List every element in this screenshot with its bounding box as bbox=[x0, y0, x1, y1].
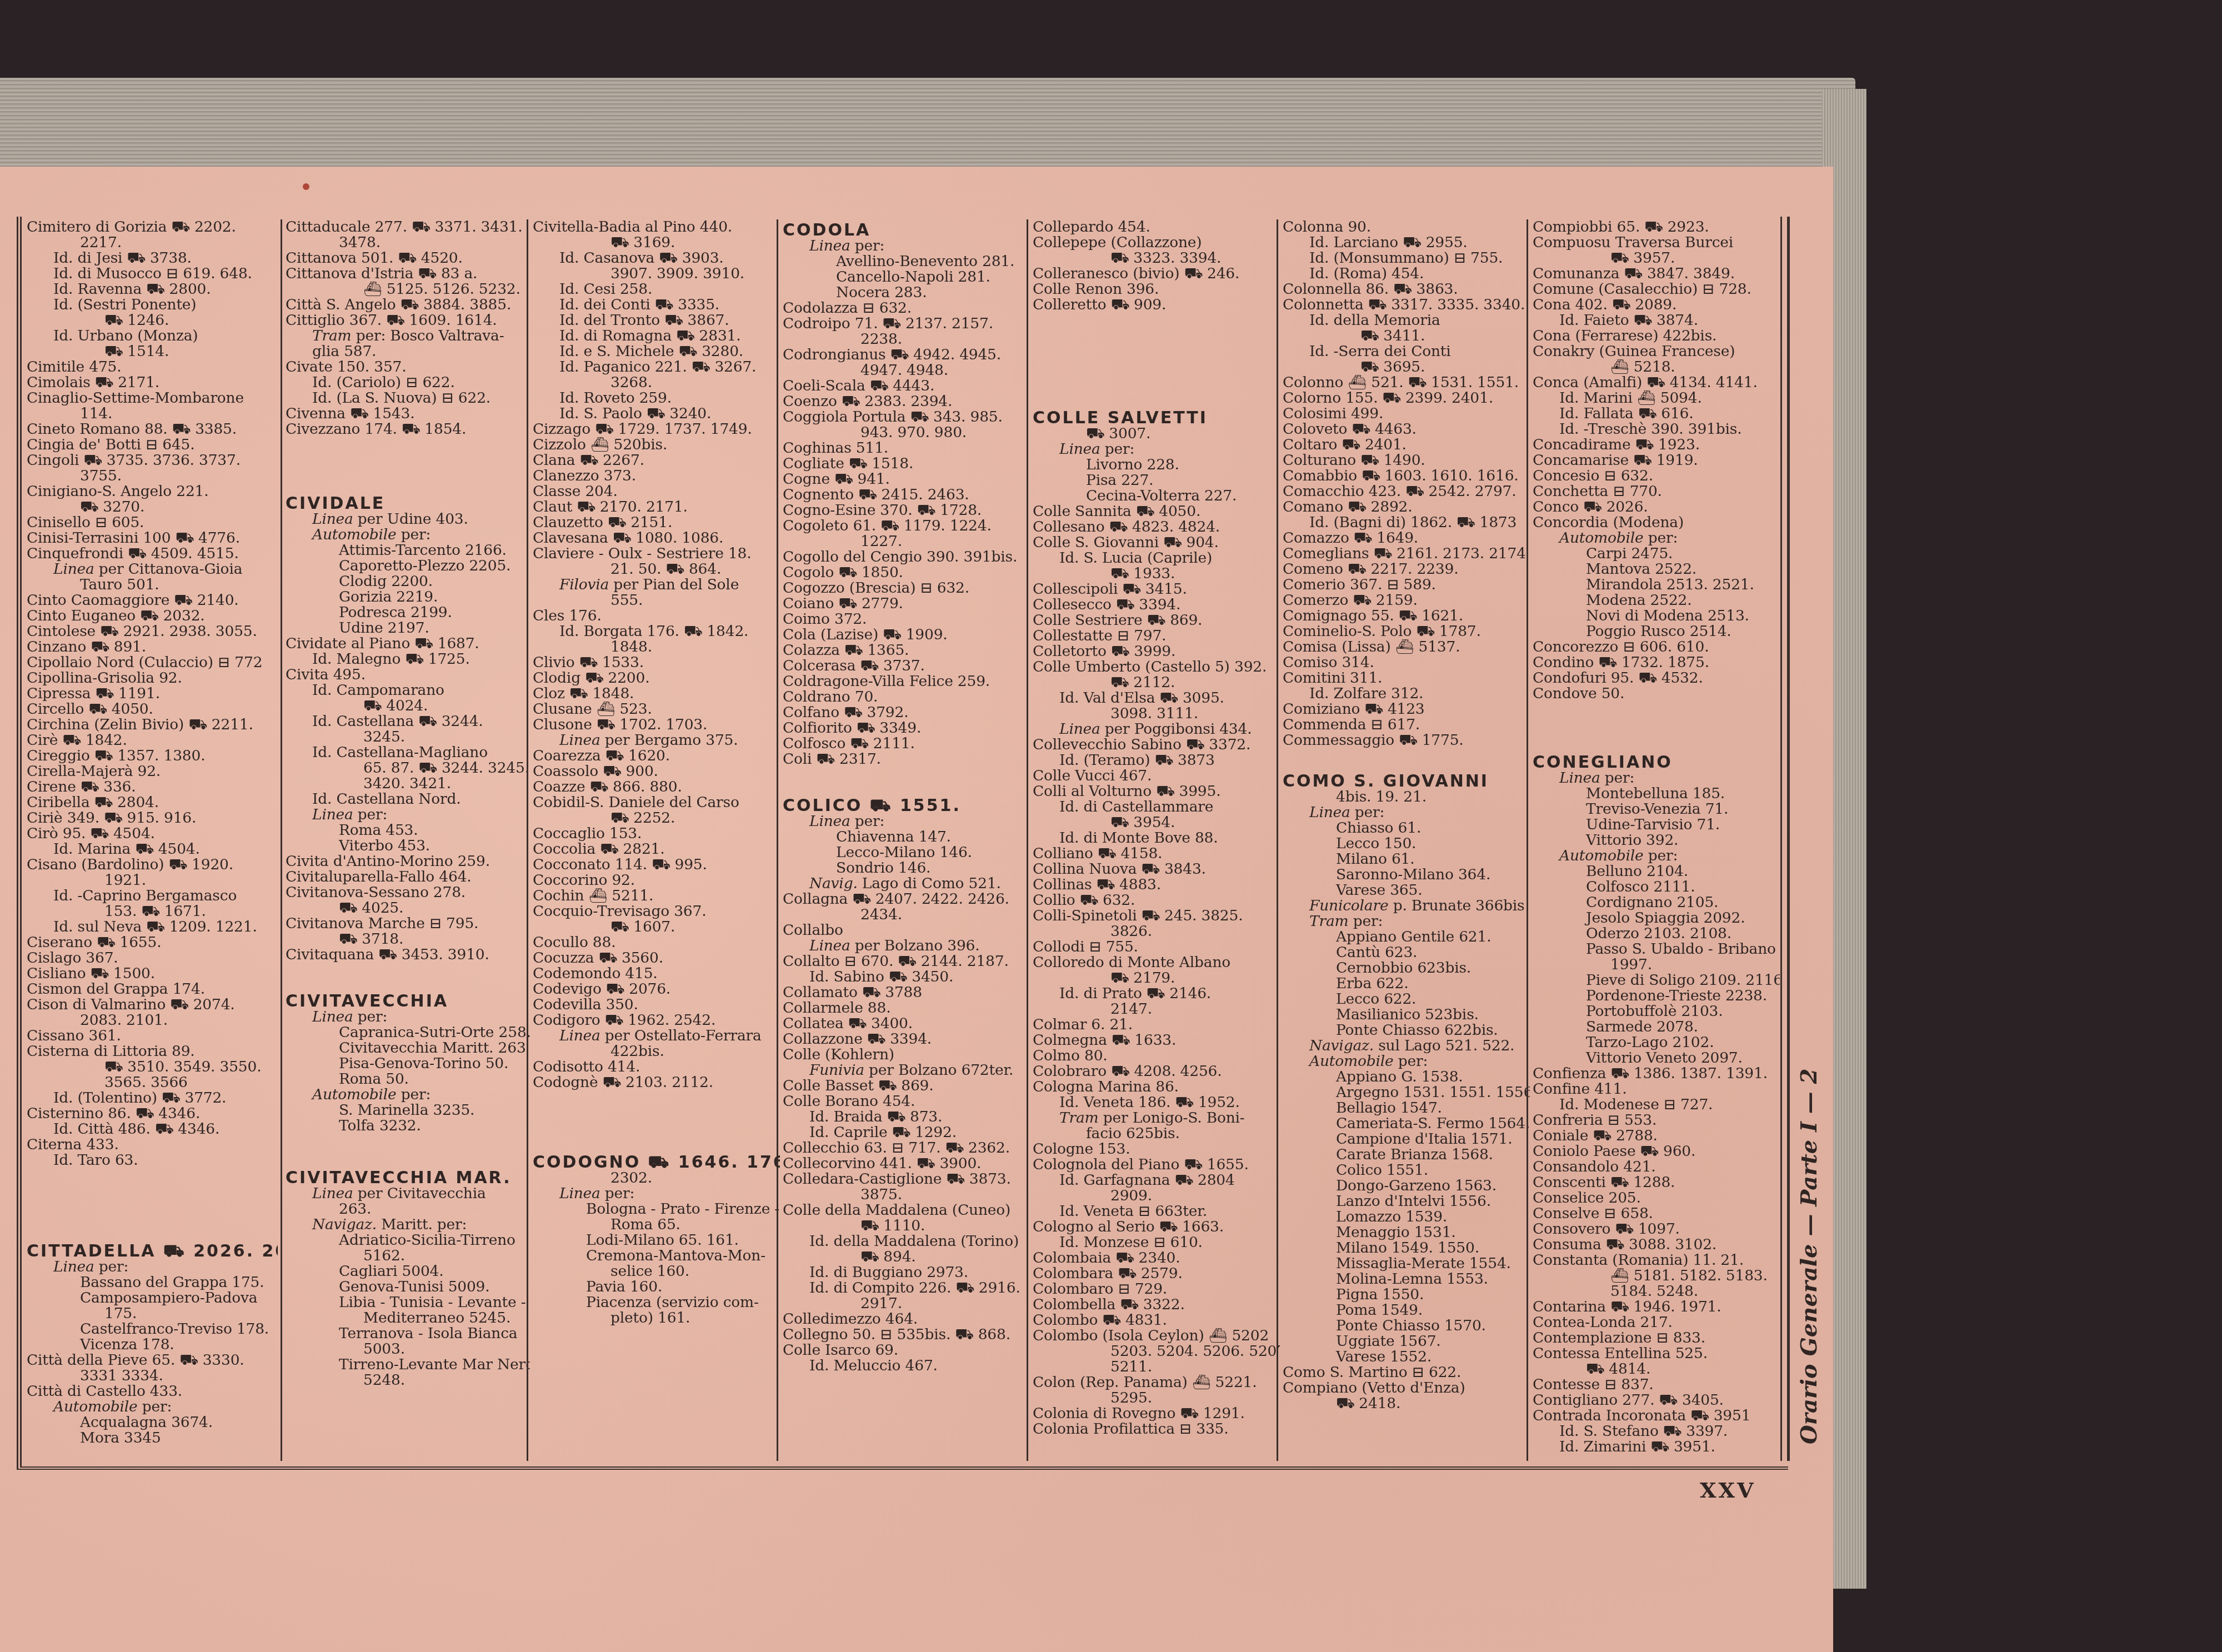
index-subentry: 4bis. 19. 21. bbox=[1283, 789, 1530, 805]
index-subentry: 5248. bbox=[286, 1373, 530, 1388]
index-entry: Comeglians ⛟ 2161. 2173. 2174 bbox=[1283, 546, 1530, 562]
index-entry: Ciriè 349. ⛟ 915. 916. bbox=[27, 810, 278, 826]
running-side-title: Orario Generale — Parte I — 2 bbox=[1791, 1044, 1825, 1444]
index-subentry: Cordignano 2105. bbox=[1533, 895, 1780, 910]
index-entry: Collescipoli ⛟ 3415. bbox=[1033, 582, 1280, 597]
index-subentry: 3755. bbox=[27, 468, 278, 484]
index-entry: Codevilla 350. bbox=[533, 997, 780, 1013]
index-subentry: Funivia per Bolzano 672ter. bbox=[783, 1063, 1030, 1078]
index-subentry: Id. della Maddalena (Torino) bbox=[783, 1234, 1030, 1249]
index-entry: Cislago 367. bbox=[27, 950, 278, 966]
index-subentry: Linea per: bbox=[1283, 805, 1530, 820]
index-entry: Colonnella 86. ⛟ 3863. bbox=[1283, 282, 1530, 297]
index-entry: Colledimezzo 464. bbox=[783, 1311, 1030, 1327]
index-entry: Ciribella ⛟ 2804. bbox=[27, 795, 278, 810]
index-entry: Coldrano 70. bbox=[783, 689, 1030, 705]
index-subentry: Linea per Ostellato-Ferrara bbox=[533, 1028, 780, 1044]
index-entry: Conselice 205. bbox=[1533, 1190, 1780, 1206]
index-entry: Collegno 50. ⊟ 535bis. ⛟ 868. bbox=[783, 1327, 1030, 1343]
index-entry: Conakry (Guinea Francese) bbox=[1533, 344, 1780, 359]
index-subentry: 943. 970. 980. bbox=[783, 425, 1030, 440]
index-subentry: ⛟ 1514. bbox=[27, 344, 278, 359]
index-subentry: Lomazzo 1539. bbox=[1283, 1209, 1530, 1225]
index-entry: Codognè ⛟ 2103. 2112. bbox=[533, 1075, 780, 1090]
index-subentry: Cecina-Volterra 227. bbox=[1033, 488, 1280, 504]
index-subentry: Colico 1551. bbox=[1283, 1163, 1530, 1178]
index-subentry: Cantù 623. bbox=[1283, 945, 1530, 960]
index-entry: Classe 204. bbox=[533, 484, 780, 499]
index-subentry: Id. Caprile ⛟ 1292. bbox=[783, 1125, 1030, 1140]
index-subentry: Civitavecchia Maritt. 263 bbox=[286, 1040, 530, 1056]
index-entry: Cirè ⛟ 1842. bbox=[27, 733, 278, 748]
index-entry: Cles 176. bbox=[533, 608, 780, 624]
index-entry: Colfosco ⛟ 2111. bbox=[783, 736, 1030, 752]
index-entry: Confreria ⊟ 553. bbox=[1533, 1113, 1780, 1128]
index-entry: Cisano (Bardolino) ⛟ 1920. bbox=[27, 857, 278, 873]
index-subentry: ⛟ 3323. 3394. bbox=[1033, 251, 1280, 266]
index-subentry: ⛴ 5181. 5182. 5183. bbox=[1533, 1268, 1780, 1284]
index-subentry: Id. (Roma) 454. bbox=[1283, 266, 1530, 282]
index-subentry: Livorno 228. bbox=[1033, 457, 1280, 473]
index-subentry: 3098. 3111. bbox=[1033, 706, 1280, 722]
index-subentry: ⛴ 5218. bbox=[1533, 359, 1780, 375]
index-entry: Colle Sannita ⛟ 4050. bbox=[1033, 504, 1280, 519]
index-subentry: Podresca 2199. bbox=[286, 605, 530, 620]
index-entry: Colle Borano 454. bbox=[783, 1094, 1030, 1109]
index-entry: Cittiglio 367. ⛟ 1609. 1614. bbox=[286, 313, 530, 328]
index-column-6: Colonna 90.Id. Larciano ⛟ 2955.Id. (Mons… bbox=[1277, 219, 1530, 1461]
station-heading: CODOGNO ⛟ 1646. 1765. bbox=[533, 1155, 780, 1170]
index-subentry: Tirreno-Levante Mar Nero bbox=[286, 1357, 530, 1373]
index-subentry: ⛟ 3169. bbox=[533, 235, 780, 251]
index-subentry: Linea per Bolzano 396. bbox=[783, 938, 1030, 954]
index-entry: Coccaglio 153. bbox=[533, 826, 780, 842]
index-subentry: Id. Veneta 186. ⛟ 1952. bbox=[1033, 1095, 1280, 1110]
index-entry: Colle (Kohlern) bbox=[783, 1047, 1030, 1063]
index-subentry: Sarmede 2078. bbox=[1533, 1019, 1780, 1035]
index-entry: Colle S. Giovanni ⛟ 904. bbox=[1033, 535, 1280, 550]
index-entry: Cineto Romano 88. ⛟ 3385. bbox=[27, 422, 278, 437]
index-entry: Colonia Profilattica ⊟ 335. bbox=[1033, 1421, 1280, 1437]
index-subentry: Bologna - Prato - Firenze - bbox=[533, 1202, 780, 1217]
index-subentry: Piacenza (servizio com- bbox=[533, 1295, 780, 1310]
index-entry: Conchetta ⊟ 770. bbox=[1533, 484, 1780, 499]
index-entry: Codroipo 71. ⛟ 2137. 2157. bbox=[783, 316, 1030, 332]
section-spacer bbox=[1283, 748, 1530, 770]
index-entry: Codrongianus ⛟ 4942. 4945. bbox=[783, 347, 1030, 363]
index-entry: Colonnetta ⛟ 3317. 3335. 3340. bbox=[1283, 297, 1530, 313]
index-entry: Colazza ⛟ 1365. bbox=[783, 643, 1030, 658]
index-subentry: Clodig 2200. bbox=[286, 574, 530, 589]
index-entry: Civitanova-Sessano 278. bbox=[286, 885, 530, 900]
index-subentry: 3875. bbox=[783, 1187, 1030, 1203]
index-subentry: Id. di Prato ⛟ 2146. bbox=[1033, 986, 1280, 1002]
index-subentry: ⛟ 2179. bbox=[1033, 970, 1280, 986]
index-subentry: Linea per: bbox=[1533, 770, 1780, 786]
index-subentry: Linea per: bbox=[286, 1009, 530, 1025]
index-subentry: Poggio Rusco 2514. bbox=[1533, 624, 1780, 639]
index-subentry: Udine-Tarvisio 71. bbox=[1533, 817, 1780, 833]
index-entry: Collevecchio Sabino ⛟ 3372. bbox=[1033, 737, 1280, 753]
index-entry: Codisotto 414. bbox=[533, 1059, 780, 1075]
index-subentry: Sondrio 146. bbox=[783, 860, 1030, 876]
section-spacer bbox=[533, 1090, 780, 1152]
index-subentry: Id. (Bagni di) 1862. ⛟ 1873 bbox=[1283, 515, 1530, 530]
index-entry: Coli ⛟ 2317. bbox=[783, 752, 1030, 767]
index-subentry: Argegno 1531. 1551. 1556. bbox=[1283, 1085, 1530, 1100]
index-subentry: Id. Modenese ⊟ 727. bbox=[1533, 1097, 1780, 1113]
index-entry: Consandolo 421. bbox=[1533, 1159, 1780, 1175]
index-entry: Compiobbi 65. ⛟ 2923. bbox=[1533, 219, 1780, 235]
index-subentry: Vicenza 178. bbox=[27, 1337, 278, 1353]
index-entry: Cisliano ⛟ 1500. bbox=[27, 966, 278, 982]
index-subentry: 2147. bbox=[1033, 1002, 1280, 1017]
index-subentry: Navigaz. sul Lago 521. 522. bbox=[1283, 1038, 1530, 1054]
index-entry: Concordia (Modena) bbox=[1533, 515, 1780, 530]
index-subentry: Id. Monzese ⊟ 610. bbox=[1033, 1235, 1280, 1250]
index-subentry: Ponte Chiasso 622bis. bbox=[1283, 1023, 1530, 1038]
index-subentry: Automobile per: bbox=[1533, 848, 1780, 864]
index-entry: Comignago 55. ⛟ 1621. bbox=[1283, 608, 1530, 624]
index-subentry: Lecco 622. bbox=[1283, 992, 1530, 1007]
index-subentry: Navigaz. Maritt. per: bbox=[286, 1217, 530, 1233]
index-entry: Comabbio ⛟ 1603. 1610. 1616. bbox=[1283, 468, 1530, 484]
index-subentry: Id. di Buggiano 2973. bbox=[783, 1265, 1030, 1280]
index-subentry: Pisa-Genova-Torino 50. bbox=[286, 1056, 530, 1072]
index-subentry: Id. -Caprino Bergamasco bbox=[27, 888, 278, 904]
index-entry: Cingia de' Botti ⊟ 645. bbox=[27, 437, 278, 453]
index-subentry: Roma 50. bbox=[286, 1072, 530, 1087]
index-subentry: ⛟ 1110. bbox=[783, 1218, 1030, 1234]
index-subentry: 3826. bbox=[1033, 924, 1280, 939]
index-subentry: Id. della Memoria bbox=[1283, 313, 1530, 328]
index-subentry: Linea per: bbox=[533, 1186, 780, 1202]
index-entry: Coimo 372. bbox=[783, 612, 1030, 627]
index-entry: Colmo 80. bbox=[1033, 1048, 1280, 1064]
index-entry: Confine 411. bbox=[1533, 1082, 1780, 1097]
index-entry: Coccorino 92. bbox=[533, 873, 780, 888]
index-subentry: Lecco-Milano 146. bbox=[783, 845, 1030, 860]
index-entry: Colombaro ⊟ 729. bbox=[1033, 1281, 1280, 1297]
index-subentry: Id. Campomarano bbox=[286, 683, 530, 698]
index-subentry: Pieve di Soligo 2109. 2116. bbox=[1533, 973, 1780, 988]
index-subentry: Belluno 2104. bbox=[1533, 864, 1780, 879]
index-subentry: Id. di Compito 226. ⛟ 2916. bbox=[783, 1280, 1030, 1296]
index-subentry: Linea per Bergamo 375. bbox=[533, 733, 780, 748]
index-entry: Clusone ⛟ 1702. 1703. bbox=[533, 717, 780, 733]
index-entry: Collagna ⛟ 2407. 2422. 2426. bbox=[783, 892, 1030, 907]
index-subentry: Id. Sabino ⛟ 3450. bbox=[783, 969, 1030, 985]
index-entry: Cintolese ⛟ 2921. 2938. 3055. bbox=[27, 624, 278, 639]
index-entry: Cogne ⛟ 941. bbox=[783, 472, 1030, 487]
index-subentry: Id. (Monsummano) ⊟ 755. bbox=[1283, 251, 1530, 266]
index-subentry: Id. Borgata 176. ⛟ 1842. bbox=[533, 624, 780, 639]
section-spacer bbox=[286, 437, 530, 493]
index-subentry: Saronno-Milano 364. bbox=[1283, 867, 1530, 883]
index-entry: Clusane ⛴ 523. bbox=[533, 702, 780, 717]
index-subentry: 1997. bbox=[1533, 957, 1780, 973]
index-subentry: Mirandola 2513. 2521. bbox=[1533, 577, 1780, 593]
index-subentry: Navig. Lago di Como 521. bbox=[783, 876, 1030, 892]
index-subentry: ⛟ 3007. bbox=[1033, 426, 1280, 442]
index-subentry: Linea per Cittanova-Gioia bbox=[27, 562, 278, 577]
index-entry: Cominelio-S. Polo ⛟ 1787. bbox=[1283, 624, 1530, 639]
index-entry: Clauzetto ⛟ 2151. bbox=[533, 515, 780, 530]
index-entry: Collalbo bbox=[783, 923, 1030, 938]
index-subentry: Id. di Musocco ⊟ 619. 648. bbox=[27, 266, 278, 282]
index-entry: Compuosu Traversa Burcei bbox=[1533, 235, 1780, 251]
index-subentry: Chiasso 61. bbox=[1283, 820, 1530, 836]
index-entry: Comacchio 423. ⛟ 2542. 2797. bbox=[1283, 484, 1530, 499]
index-subentry: 5295. bbox=[1033, 1390, 1280, 1406]
index-entry: Colon (Rep. Panama) ⛴ 5221. bbox=[1033, 1375, 1280, 1390]
index-entry: Cizzago ⛟ 1729. 1737. 1749. bbox=[533, 422, 780, 437]
index-entry: Cogoleto 61. ⛟ 1179. 1224. bbox=[783, 518, 1030, 534]
index-entry: Collestatte ⊟ 797. bbox=[1033, 628, 1280, 644]
index-subentry: Avellino-Benevento 281. bbox=[783, 254, 1030, 269]
index-entry: Colorno 155. ⛟ 2399. 2401. bbox=[1283, 391, 1530, 406]
index-entry: Cimitero di Gorizia ⛟ 2202. bbox=[27, 219, 278, 235]
index-entry: Concamarise ⛟ 1919. bbox=[1533, 453, 1780, 468]
index-entry: Colturano ⛟ 1490. bbox=[1283, 453, 1530, 468]
index-entry: Claut ⛟ 2170. 2171. bbox=[533, 499, 780, 515]
index-subentry: Lodi-Milano 65. 161. bbox=[533, 1233, 780, 1248]
index-entry: Colfano ⛟ 3792. bbox=[783, 705, 1030, 720]
index-entry: Civate 150. 357. bbox=[286, 359, 530, 375]
index-subentry: pleto) 161. bbox=[533, 1310, 780, 1326]
index-subentry: Cremona-Mantova-Mon- bbox=[533, 1248, 780, 1264]
index-subentry: Id. Roveto 259. bbox=[533, 391, 780, 406]
index-subentry: Acqualagna 3674. bbox=[27, 1415, 278, 1430]
index-entry: Compiano (Vetto d'Enza) bbox=[1283, 1380, 1530, 1396]
index-subentry: Tauro 501. bbox=[27, 577, 278, 593]
index-subentry: Capranica-Sutri-Orte 258. bbox=[286, 1025, 530, 1040]
index-entry: Cittanova 501. ⛟ 4520. bbox=[286, 251, 530, 266]
index-subentry: Id. Città 486. ⛟ 4346. bbox=[27, 1122, 278, 1137]
index-column-5: Collepardo 454.Collepepe (Collazzone)⛟ 3… bbox=[1027, 219, 1280, 1461]
index-entry: Claviere - Oulx - Sestriere 18. bbox=[533, 546, 780, 562]
index-entry: Commenda ⊟ 617. bbox=[1283, 717, 1530, 733]
index-subentry: Oderzo 2103. 2108. bbox=[1533, 926, 1780, 942]
index-subentry: Funicolare p. Brunate 366bis bbox=[1283, 898, 1530, 914]
index-entry: Cirò 95. ⛟ 4504. bbox=[27, 826, 278, 842]
index-entry: Coassolo ⛟ 900. bbox=[533, 764, 780, 779]
index-entry: Cirene ⛟ 336. bbox=[27, 779, 278, 795]
index-entry: Colombo ⛟ 4831. bbox=[1033, 1313, 1280, 1328]
index-subentry: Id. (La S. Nuova) ⊟ 622. bbox=[286, 391, 530, 406]
index-subentry: Id. di Romagna ⛟ 2831. bbox=[533, 328, 780, 344]
index-subentry: 1921. bbox=[27, 873, 278, 888]
index-entry: Colmar 6. 21. bbox=[1033, 1017, 1280, 1033]
index-entry: Coiano ⛟ 2779. bbox=[783, 596, 1030, 612]
index-subentry: Id. di Jesi ⛟ 3738. bbox=[27, 251, 278, 266]
index-subentry: 1227. bbox=[783, 534, 1030, 549]
section-spacer bbox=[286, 963, 530, 990]
index-entry: Cisternino 86. ⛟ 4346. bbox=[27, 1106, 278, 1122]
index-subentry: Id. -Serra dei Conti bbox=[1283, 344, 1530, 359]
index-subentry: Modena 2522. bbox=[1533, 593, 1780, 608]
index-entry: Concadirame ⛟ 1923. bbox=[1533, 437, 1780, 453]
ink-spot bbox=[303, 183, 309, 190]
index-entry: Civita d'Antino-Morino 259. bbox=[286, 854, 530, 869]
index-entry: Concesio ⊟ 632. bbox=[1533, 468, 1780, 484]
index-subentry: 114. bbox=[27, 406, 278, 422]
index-entry: Cochin ⛴ 5211. bbox=[533, 888, 780, 904]
index-subentry: Terranova - Isola Bianca bbox=[286, 1326, 530, 1341]
index-entry: Conselve ⊟ 658. bbox=[1533, 1206, 1780, 1222]
index-entry: Città di Castello 433. bbox=[27, 1384, 278, 1399]
index-subentry: Id. Malegno ⛟ 1725. bbox=[286, 652, 530, 667]
index-entry: Colle della Maddalena (Cuneo) bbox=[783, 1203, 1030, 1218]
index-subentry: 1848. bbox=[533, 639, 780, 655]
index-subentry: Chiavenna 147. bbox=[783, 829, 1030, 845]
index-entry: Colledara-Castiglione ⛟ 3873. bbox=[783, 1172, 1030, 1187]
index-subentry: 2909. bbox=[1033, 1188, 1280, 1204]
index-subentry: Adriatico-Sicilia-Tirreno bbox=[286, 1233, 530, 1248]
index-entry: Comerzo ⛟ 2159. bbox=[1283, 593, 1530, 608]
index-entry: Colle Isarco 69. bbox=[783, 1343, 1030, 1358]
index-entry: Cobidil-S. Daniele del Carso bbox=[533, 795, 780, 810]
index-subentry: 2917. bbox=[783, 1296, 1030, 1311]
index-entry: Codolazza ⊟ 632. bbox=[783, 301, 1030, 316]
index-subentry: 3478. bbox=[286, 235, 530, 251]
index-subentry: Id. Zimarini ⛟ 3951. bbox=[1533, 1439, 1780, 1455]
index-entry: Cissano 361. bbox=[27, 1028, 278, 1044]
index-subentry: Novi di Modena 2513. bbox=[1533, 608, 1780, 624]
index-subentry: Id. (Teramo) ⛟ 3873 bbox=[1033, 753, 1280, 768]
index-subentry: Tarzo-Lago 2102. bbox=[1533, 1035, 1780, 1050]
index-subentry: Mediterraneo 5245. bbox=[286, 1310, 530, 1326]
index-subentry: 555. bbox=[533, 593, 780, 608]
index-subentry: 4947. 4948. bbox=[783, 363, 1030, 378]
index-entry: Coniolo Paese ⛟ 960. bbox=[1533, 1144, 1780, 1159]
index-subentry: 153. ⛟ 1671. bbox=[27, 904, 278, 919]
index-entry: Contea-Londa 217. bbox=[1533, 1315, 1780, 1330]
index-subentry: Id. Veneta ⊟ 663ter. bbox=[1033, 1204, 1280, 1219]
index-entry: Civitanova Marche ⊟ 795. bbox=[286, 916, 530, 932]
index-subentry: Nocera 283. bbox=[783, 285, 1030, 301]
index-entry: Colle Umberto (Castello 5) 392. bbox=[1033, 659, 1280, 675]
index-entry: Comiso 314. bbox=[1283, 655, 1530, 670]
index-entry: Comune (Casalecchio) ⊟ 728. bbox=[1533, 282, 1780, 297]
index-subentry: Id. Zolfare 312. bbox=[1283, 686, 1530, 702]
station-heading: CONEGLIANO bbox=[1533, 755, 1780, 770]
index-entry: Cismon del Grappa 174. bbox=[27, 982, 278, 997]
index-subentry: Id. Paganico 221. ⛟ 3267. bbox=[533, 359, 780, 375]
index-entry: Collecorvino 441. ⛟ 3900. bbox=[783, 1156, 1030, 1172]
index-entry: Colmegna ⛟ 1633. bbox=[1033, 1033, 1280, 1048]
index-entry: Contesse ⊟ 837. bbox=[1533, 1377, 1780, 1393]
index-subentry: ⛟ 3411. bbox=[1283, 328, 1530, 344]
index-entry: Cona (Ferrarese) 422bis. bbox=[1533, 328, 1780, 344]
index-subentry: Id. Faieto ⛟ 3874. bbox=[1533, 313, 1780, 328]
index-subentry: Lanzo d'Intelvi 1556. bbox=[1283, 1194, 1530, 1209]
index-subentry: Cameriata-S. Fermo 1564. bbox=[1283, 1116, 1530, 1132]
index-entry: Civitaquana ⛟ 3453. 3910. bbox=[286, 947, 530, 963]
index-column-4: CODOLALinea per:Avellino-Benevento 281.C… bbox=[777, 219, 1030, 1461]
index-entry: Coltaro ⛟ 2401. bbox=[1283, 437, 1530, 453]
index-entry: Colonia di Rovegno ⛟ 1291. bbox=[1033, 1406, 1280, 1421]
index-subentry: Udine 2197. bbox=[286, 620, 530, 636]
index-entry: Collamato ⛟ 3788 bbox=[783, 985, 1030, 1000]
page-frame-right bbox=[1780, 217, 1790, 1461]
index-subentry: 3907. 3909. 3910. bbox=[533, 266, 780, 282]
index-subentry: Id. Ravenna ⛟ 2800. bbox=[27, 282, 278, 297]
index-entry: Colombella ⛟ 3322. bbox=[1033, 1297, 1280, 1313]
index-subentry: Id. Castellana ⛟ 3244. bbox=[286, 714, 530, 729]
index-subentry: Id. Garfagnana ⛟ 2804 bbox=[1033, 1173, 1280, 1188]
index-entry: Colombara ⛟ 2579. bbox=[1033, 1266, 1280, 1281]
index-subentry: Dongo-Garzeno 1563. bbox=[1283, 1178, 1530, 1194]
index-entry: Cogolo ⛟ 1850. bbox=[783, 565, 1030, 580]
index-subentry: Linea per Civitavecchia bbox=[286, 1186, 530, 1202]
index-entry: Colfiorito ⛟ 3349. bbox=[783, 720, 1030, 736]
index-entry: Cognento ⛟ 2415. 2463. bbox=[783, 487, 1030, 503]
index-entry: Comazzo ⛟ 1649. bbox=[1283, 530, 1530, 546]
index-subentry: ⛟ 1607. bbox=[533, 919, 780, 935]
station-heading: CODOLA bbox=[783, 223, 1030, 238]
index-entry: Coldragone-Villa Felice 259. bbox=[783, 674, 1030, 689]
index-entry: Collina Nuova ⛟ 3843. bbox=[1033, 862, 1280, 877]
index-subentry: Viterbo 453. bbox=[286, 838, 530, 854]
index-subentry: Id. S. Lucia (Caprile) bbox=[1033, 550, 1280, 566]
index-subentry: Roma 453. bbox=[286, 823, 530, 838]
station-heading: COLLE SALVETTI bbox=[1033, 411, 1280, 426]
index-subentry: Treviso-Venezia 71. bbox=[1533, 802, 1780, 817]
index-subentry: 5162. bbox=[286, 1248, 530, 1264]
index-subentry: Masilianico 523bis. bbox=[1283, 1007, 1530, 1023]
index-entry: Cinisi-Terrasini 100 ⛟ 4776. bbox=[27, 530, 278, 546]
index-subentry: Linea per: bbox=[27, 1259, 278, 1275]
index-subentry: Id. di Castellammare bbox=[1033, 799, 1280, 815]
index-subentry: Linea per: bbox=[1033, 442, 1280, 457]
index-subentry: ⛟ 3510. 3549. 3550. bbox=[27, 1059, 278, 1075]
index-subentry: Id. Fallata ⛟ 616. bbox=[1533, 406, 1780, 422]
index-entry: Contigliano 277. ⛟ 3405. bbox=[1533, 1393, 1780, 1408]
index-subentry: Id. dei Conti ⛟ 3335. bbox=[533, 297, 780, 313]
index-entry: Confienza ⛟ 1386. 1387. 1391. bbox=[1533, 1066, 1780, 1082]
index-entry: Civenna ⛟ 1543. bbox=[286, 406, 530, 422]
index-entry: Civitaluparella-Fallo 464. bbox=[286, 869, 530, 885]
index-subentry: Tram per Lonigo-S. Boni- bbox=[1033, 1110, 1280, 1126]
index-entry: Comitini 311. bbox=[1283, 670, 1530, 686]
index-subentry: Tolfa 3232. bbox=[286, 1118, 530, 1134]
index-subentry: Id. Marina ⛟ 4504. bbox=[27, 842, 278, 857]
index-entry: Colcerasa ⛟ 3737. bbox=[783, 658, 1030, 674]
index-entry: Collinas ⛟ 4883. bbox=[1033, 877, 1280, 893]
index-entry: Coloveto ⛟ 4463. bbox=[1283, 422, 1530, 437]
index-entry: Cittanova d'Istria ⛟ 83 a. bbox=[286, 266, 530, 282]
index-subentry: ⛟ 1246. bbox=[27, 313, 278, 328]
index-subentry: Linea per: bbox=[783, 814, 1030, 829]
index-entry: Collepepe (Collazzone) bbox=[1033, 235, 1280, 251]
index-subentry: Varese 365. bbox=[1283, 883, 1530, 898]
index-entry: Collodi ⊟ 755. bbox=[1033, 939, 1280, 955]
index-entry: Contemplazione ⊟ 833. bbox=[1533, 1330, 1780, 1346]
index-entry: Citerna 433. bbox=[27, 1137, 278, 1153]
index-entry: Consovero ⛟ 1097. bbox=[1533, 1222, 1780, 1237]
index-entry: Colloredo di Monte Albano bbox=[1033, 955, 1280, 970]
index-subentry: Attimis-Tarcento 2166. bbox=[286, 543, 530, 558]
index-subentry: ⛟ 4024. bbox=[286, 698, 530, 714]
index-subentry: 263. bbox=[286, 1202, 530, 1217]
index-subentry: 5184. 5248. bbox=[1533, 1284, 1780, 1299]
index-subentry: Id. Cesi 258. bbox=[533, 282, 780, 297]
index-entry: Conca (Amalfi) ⛟ 4134. 4141. bbox=[1533, 375, 1780, 391]
index-entry: Cogliate ⛟ 1518. bbox=[783, 456, 1030, 472]
index-subentry: Id. Urbano (Monza) bbox=[27, 328, 278, 344]
index-subentry: Id. Meluccio 467. bbox=[783, 1358, 1030, 1374]
